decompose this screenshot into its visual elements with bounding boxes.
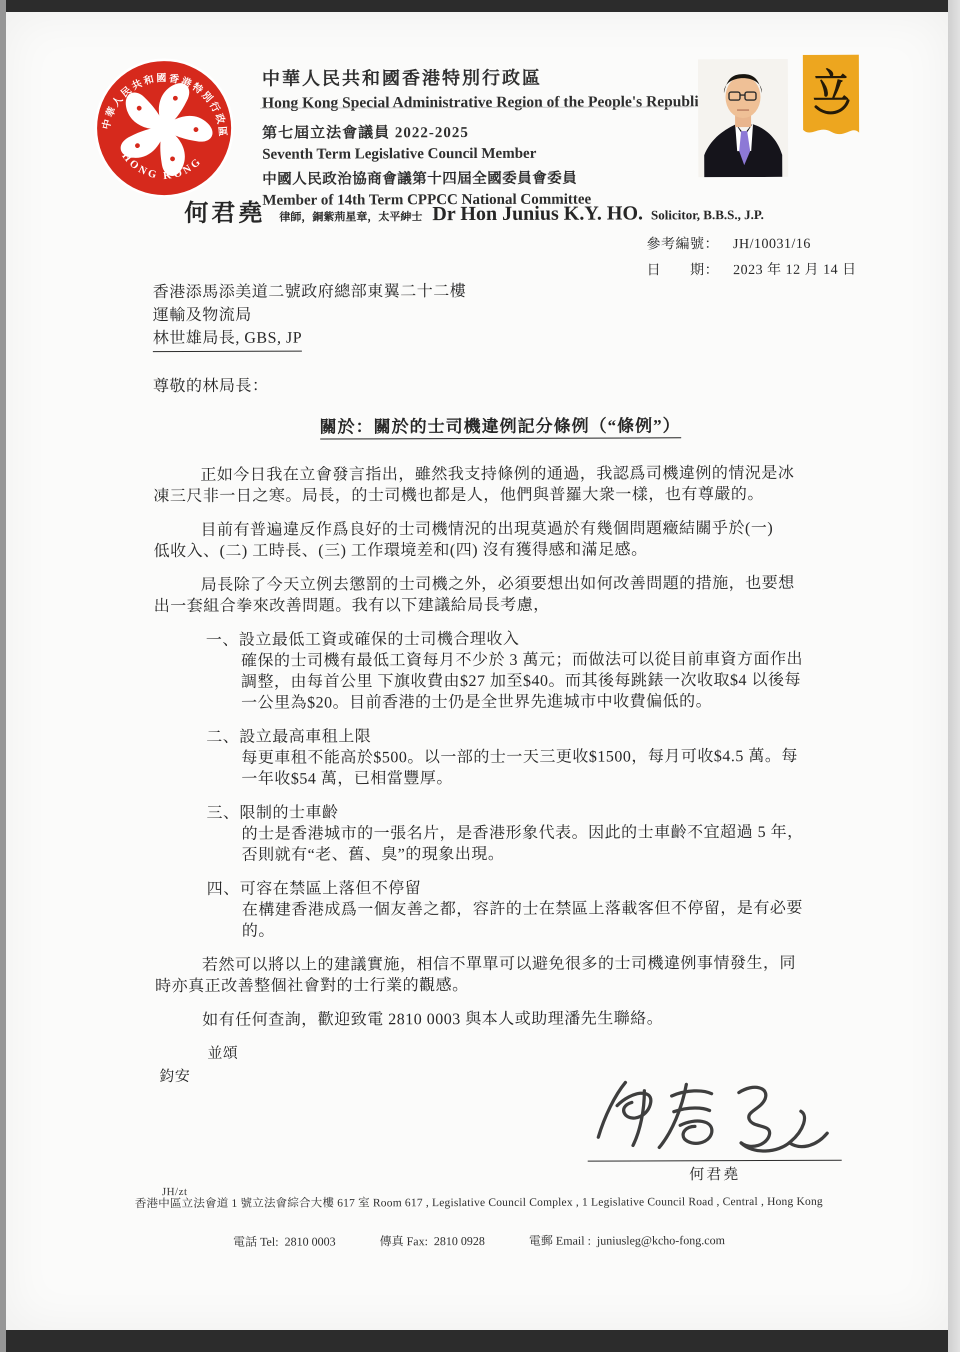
reference-number-row: 參考編號：JH/10031/16	[646, 233, 856, 254]
body-line: 出一套組合拳來改善問題。我有以下建議給局長考慮，	[154, 594, 848, 617]
signature-typed-name: 何君堯	[588, 1165, 842, 1187]
recipient-block: 香港添馬添美道二號政府總部東翼二十二樓 運輸及物流局 林世雄局長, GBS, J…	[153, 279, 847, 352]
body-line: 正如今日我在立會發言指出，雖然我支持條例的通過，我認爲司機違例的情況是冰	[153, 463, 847, 486]
footer-contacts: 電話 Tel:2810 0003 傳真 Fax:2810 0928 電郵 Ema…	[8, 1230, 950, 1250]
member-name-line: 何君堯 律師，銅紫荊星章，太平紳士 Dr Hon Junius K.Y. HO.…	[184, 191, 764, 228]
reference-block: 參考編號：JH/10031/16 日 期：2023 年 12 月 14 日	[646, 233, 856, 286]
item-line: 一年收$54 萬，已相當豐厚。	[241, 767, 848, 790]
body-line: 若然可以將以上的建議實施，相信不單單可以避免很多的士司機違例事情發生，同	[155, 953, 849, 976]
signature-area: 何君堯 JH/zt	[155, 1086, 849, 1208]
handwritten-signature	[583, 1068, 835, 1161]
body-line: 局長除了今天立例去懲罰的士司機之外，必須要想出如何改善問題的措施，也要想	[154, 573, 848, 596]
footer-email: 電郵 Email :juniusleg@kcho-fong.com	[529, 1231, 725, 1249]
footer-tel-value: 2810 0003	[285, 1234, 336, 1248]
footer-email-value: juniusleg@kcho-fong.com	[597, 1233, 725, 1247]
letterhead: 中華人民共和國香港特別行政區 Hong Kong Special Adminis…	[262, 63, 767, 210]
recipient-name-line: 林世雄局長, GBS, JP	[153, 327, 302, 353]
item-title: 四、可容在禁區上落但不停留	[207, 877, 849, 900]
date-row: 日 期：2023 年 12 月 14 日	[647, 259, 857, 280]
paragraph-3: 局長除了今天立例去懲罰的士司機之外，必須要想出如何改善問題的措施，也要想 出一套…	[154, 573, 848, 617]
item-line: 的士是香港城市的一張名片，是香港形象代表。因此的士車齡不宜超過 5 年，	[242, 822, 849, 845]
hksar-emblem-icon: 中華人民共和國香港特別行政區	[92, 57, 236, 200]
letterhead-zh-region: 中華人民共和國香港特別行政區	[262, 63, 767, 91]
footer-email-label: 電郵 Email :	[529, 1234, 591, 1248]
page-content: 中華人民共和國香港特別行政區	[4, 10, 951, 1331]
legco-logo-icon: 立	[802, 55, 860, 151]
member-portrait-photo	[698, 59, 788, 177]
body-line: 如有任何查詢，歡迎致電 2810 0003 與本人或助理潘先生聯絡。	[155, 1008, 849, 1031]
member-titles-en: Solicitor, B.B.S., J.P.	[651, 207, 764, 222]
list-item-3: 三、限制的士車齡 的士是香港城市的一張名片，是香港形象代表。因此的士車齡不宜超過…	[154, 801, 848, 866]
salutation: 尊敬的林局長：	[153, 374, 847, 397]
paragraph-5: 如有任何查詢，歡迎致電 2810 0003 與本人或助理潘先生聯絡。	[155, 1008, 849, 1031]
body-line: 凍三尺非一日之寒。局長，的士司機也都是人，他們與普羅大衆一樣，也有尊嚴的。	[153, 484, 847, 507]
list-item-1: 一、設立最低工資或確保的士司機合理收入 確保的士司機有最低工資每月不少於 3 萬…	[154, 628, 848, 714]
item-line: 一公里為$20。目前香港的士仍是全世界先進城市中收費偏低的。	[241, 691, 848, 714]
item-line: 的。	[242, 919, 849, 942]
footer-tel-label: 電話 Tel:	[233, 1235, 279, 1249]
closing-respect: 並頌	[207, 1042, 849, 1065]
footer: 香港中區立法會道 1 號立法會綜合大樓 617 室 Room 617 , Leg…	[8, 1192, 950, 1250]
body-paragraphs: 正如今日我在立會發言指出，雖然我支持條例的通過，我認爲司機違例的情況是冰 凍三尺…	[153, 463, 849, 1031]
item-line: 確保的士司機有最低工資每月不少於 3 萬元；而做法可以從目前車資方面作出	[241, 649, 848, 672]
recipient-address-line: 香港添馬添美道二號政府總部東翼二十二樓	[153, 279, 847, 304]
member-name-en: Dr Hon Junius K.Y. HO.	[432, 202, 643, 225]
photo-edge-right	[948, 0, 960, 1352]
item-line: 否則就有“老、舊、臭”的現象出現。	[242, 843, 849, 866]
list-item-2: 二、設立最高車租上限 每更車租不能高於$500。以一部的士一天三更收$1500，…	[154, 725, 848, 790]
recipient-bureau-line: 運輸及物流局	[153, 302, 847, 327]
item-line: 在構建香港成爲一個友善之都，容許的士在禁區上落載客但不停留，是有必要	[242, 898, 849, 921]
reference-label: 參考編號：	[646, 237, 719, 252]
member-titles-cn: 律師，銅紫荊星章，太平紳士	[279, 211, 422, 223]
body-line: 低收入、(二) 工時長、(三) 工作環境差和(四) 沒有獲得感和滿足感。	[154, 539, 848, 562]
paragraph-1: 正如今日我在立會發言指出，雖然我支持條例的通過，我認爲司機違例的情況是冰 凍三尺…	[153, 463, 847, 507]
body-line: 時亦真正改善整個社會對的士行業的觀感。	[155, 974, 849, 997]
item-line: 調整，由每首公里 下旗收費由$27 加至$40。而其後每跳錶一次收取$4 以後每	[241, 670, 848, 693]
paragraph-2: 目前有普遍違反作爲良好的士司機情況的出現莫過於有幾個問題癥結關乎於(一) 低收入…	[153, 518, 847, 562]
paragraph-4: 若然可以將以上的建議實施，相信不單單可以避免很多的士司機違例事情發生，同 時亦真…	[155, 953, 849, 997]
list-item-4: 四、可容在禁區上落但不停留 在構建香港成爲一個友善之都，容許的士在禁區上落載客但…	[155, 877, 849, 942]
footer-fax: 傳真 Fax:2810 0928	[380, 1232, 485, 1249]
item-line: 每更車租不能高於$500。以一部的士一天三更收$1500，每月可收$4.5 萬。…	[241, 746, 848, 769]
footer-address: 香港中區立法會道 1 號立法會綜合大樓 617 室 Room 617 , Leg…	[8, 1192, 950, 1211]
letter-page: 中華人民共和國香港特別行政區	[6, 12, 948, 1330]
item-title: 三、限制的士車齡	[206, 801, 848, 824]
member-name-cn: 何君堯	[184, 201, 265, 227]
scanned-photo-background: 中華人民共和國香港特別行政區	[0, 0, 960, 1352]
subject-line: 關於：關於的士司機違例記分條例（“條例”）	[153, 415, 847, 439]
date-label: 日 期：	[647, 263, 720, 278]
letterhead-en-term: Seventh Term Legislative Council Member	[262, 145, 767, 164]
footer-tel: 電話 Tel:2810 0003	[233, 1232, 336, 1249]
footer-fax-label: 傳真 Fax:	[380, 1234, 428, 1248]
legco-glyph: 立	[813, 67, 849, 107]
date-value: 2023 年 12 月 14 日	[733, 263, 857, 278]
letterhead-zh-term: 第七屆立法會議員 2022-2025	[262, 120, 767, 143]
item-title: 一、設立最低工資或確保的士司機合理收入	[206, 628, 848, 651]
reference-number: JH/10031/16	[733, 237, 811, 252]
subject-text: 關於：關於的士司機違例記分條例（“條例”）	[320, 416, 681, 439]
signature-rule	[588, 1160, 842, 1162]
body-line: 目前有普遍違反作爲良好的士司機情況的出現莫過於有幾個問題癥結關乎於(一)	[153, 518, 847, 541]
letterhead-zh-cppcc: 中國人民政治協商會議第十四屆全國委員會委員	[262, 166, 767, 189]
letter-body: 香港添馬添美道二號政府總部東翼二十二樓 運輸及物流局 林世雄局長, GBS, J…	[153, 279, 850, 1208]
footer-fax-value: 2810 0928	[434, 1234, 485, 1248]
letterhead-en-region: Hong Kong Special Administrative Region …	[262, 93, 767, 113]
item-title: 二、設立最高車租上限	[206, 725, 848, 748]
